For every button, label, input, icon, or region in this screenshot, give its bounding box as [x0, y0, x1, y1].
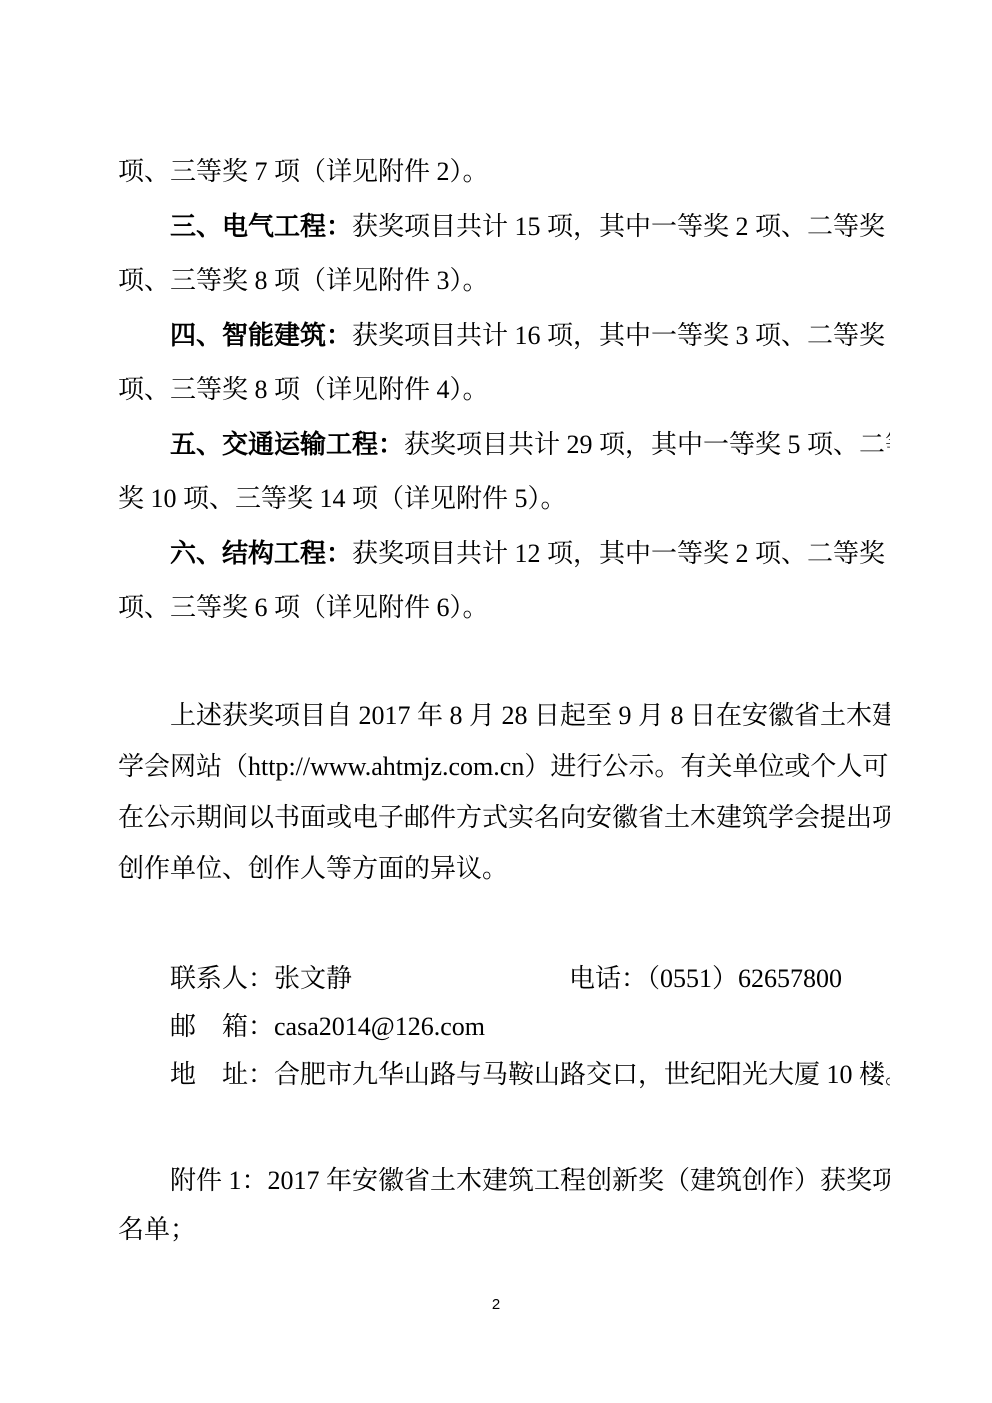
text-line: 三、电气工程：获奖项目共计 15 项，其中一等奖 2 项、二等奖 5 — [118, 199, 890, 254]
section-heading-structural: 六、结构工程： — [170, 538, 352, 568]
contact-phone-label: 电话： — [569, 964, 647, 993]
line-text: 获奖项目共计 29 项，其中一等奖 5 项、二等 — [404, 430, 890, 459]
text-line: 项、三等奖 7 项（详见附件 2）。 — [118, 145, 890, 199]
line-text: 在公示期间以书面或电子邮件方式实名向安徽省土木建筑学会提出项目 — [118, 803, 890, 832]
line-text: 创作单位、创作人等方面的异议。 — [118, 854, 508, 883]
line-text: 项、三等奖 8 项（详见附件 3）。 — [118, 266, 489, 295]
text-line: 上述获奖项目自 2017 年 8 月 28 日起至 9 月 8 日在安徽省土木建… — [118, 690, 890, 741]
text-line: 项、三等奖 6 项（详见附件 6）。 — [118, 581, 890, 635]
attachment-reference: 附件 1：2017 年安徽省土木建筑工程创新奖（建筑创作）获奖项目 名单； — [118, 1156, 890, 1254]
text-line: 附件 1：2017 年安徽省土木建筑工程创新奖（建筑创作）获奖项目 — [118, 1156, 890, 1205]
text-line: 四、智能建筑：获奖项目共计 16 项，其中一等奖 3 项、二等奖 5 — [118, 308, 890, 363]
text-line: 名单； — [118, 1205, 890, 1254]
contact-person-name: 张文静 — [274, 964, 352, 993]
line-text: 奖 10 项、三等奖 14 项（详见附件 5）。 — [118, 484, 567, 513]
text-line: 五、交通运输工程：获奖项目共计 29 项，其中一等奖 5 项、二等 — [118, 417, 890, 472]
line-text: 上述获奖项目自 2017 年 8 月 28 日起至 9 月 8 日在安徽省土木建… — [170, 701, 890, 730]
line-text: 项、三等奖 7 项（详见附件 2）。 — [118, 157, 489, 186]
award-sections: 项、三等奖 7 项（详见附件 2）。 三、电气工程：获奖项目共计 15 项，其中… — [118, 145, 890, 635]
contact-email-row: 邮 箱：casa2014@126.com — [118, 1003, 890, 1051]
contact-phone: 电话：（0551）62657800 — [569, 955, 842, 1003]
text-line: 奖 10 项、三等奖 14 项（详见附件 5）。 — [118, 472, 890, 526]
section-heading-transportation: 五、交通运输工程： — [170, 429, 404, 459]
contact-address-row: 地 址：合肥市九华山路与马鞍山路交口，世纪阳光大厦 10 楼。 — [118, 1051, 890, 1099]
line-text: 学会网站（http://www.ahtmjz.com.cn）进行公示。有关单位或… — [118, 752, 888, 781]
text-line: 六、结构工程：获奖项目共计 12 项，其中一等奖 2 项、二等奖 4 — [118, 526, 890, 581]
document-content: 项、三等奖 7 项（详见附件 2）。 三、电气工程：获奖项目共计 15 项，其中… — [118, 145, 890, 1254]
contact-email-label: 邮 箱： — [170, 1012, 274, 1041]
line-text: 获奖项目共计 16 项，其中一等奖 3 项、二等奖 5 — [352, 321, 890, 350]
public-notice-paragraph: 上述获奖项目自 2017 年 8 月 28 日起至 9 月 8 日在安徽省土木建… — [118, 690, 890, 894]
line-text: 获奖项目共计 12 项，其中一等奖 2 项、二等奖 4 — [352, 539, 890, 568]
text-line: 在公示期间以书面或电子邮件方式实名向安徽省土木建筑学会提出项目 — [118, 792, 890, 843]
line-text: 项、三等奖 8 项（详见附件 4）。 — [118, 375, 489, 404]
line-text: 项、三等奖 6 项（详见附件 6）。 — [118, 593, 489, 622]
page-number: 2 — [0, 1295, 992, 1315]
contact-address-label: 地 址： — [170, 1060, 274, 1089]
line-text: 附件 1：2017 年安徽省土木建筑工程创新奖（建筑创作）获奖项目 — [170, 1166, 890, 1195]
contact-info: 联系人：张文静电话：（0551）62657800 邮 箱：casa2014@12… — [118, 955, 890, 1099]
document-page: 项、三等奖 7 项（详见附件 2）。 三、电气工程：获奖项目共计 15 项，其中… — [0, 0, 992, 1403]
line-text: 名单； — [118, 1215, 196, 1244]
section-heading-electrical: 三、电气工程： — [170, 211, 352, 241]
text-line: 项、三等奖 8 项（详见附件 4）。 — [118, 363, 890, 417]
text-line: 学会网站（http://www.ahtmjz.com.cn）进行公示。有关单位或… — [118, 741, 890, 792]
section-heading-intelligent-building: 四、智能建筑： — [170, 320, 352, 350]
line-text: 获奖项目共计 15 项，其中一等奖 2 项、二等奖 5 — [352, 212, 890, 241]
contact-address-text: 合肥市九华山路与马鞍山路交口，世纪阳光大厦 10 楼。 — [274, 1060, 890, 1089]
text-line: 创作单位、创作人等方面的异议。 — [118, 843, 890, 894]
contact-person-row: 联系人：张文静电话：（0551）62657800 — [118, 955, 890, 1003]
contact-person-label: 联系人： — [170, 964, 274, 993]
contact-phone-number: （0551）62657800 — [647, 964, 842, 993]
text-line: 项、三等奖 8 项（详见附件 3）。 — [118, 254, 890, 308]
contact-email-address: casa2014@126.com — [274, 1012, 485, 1041]
